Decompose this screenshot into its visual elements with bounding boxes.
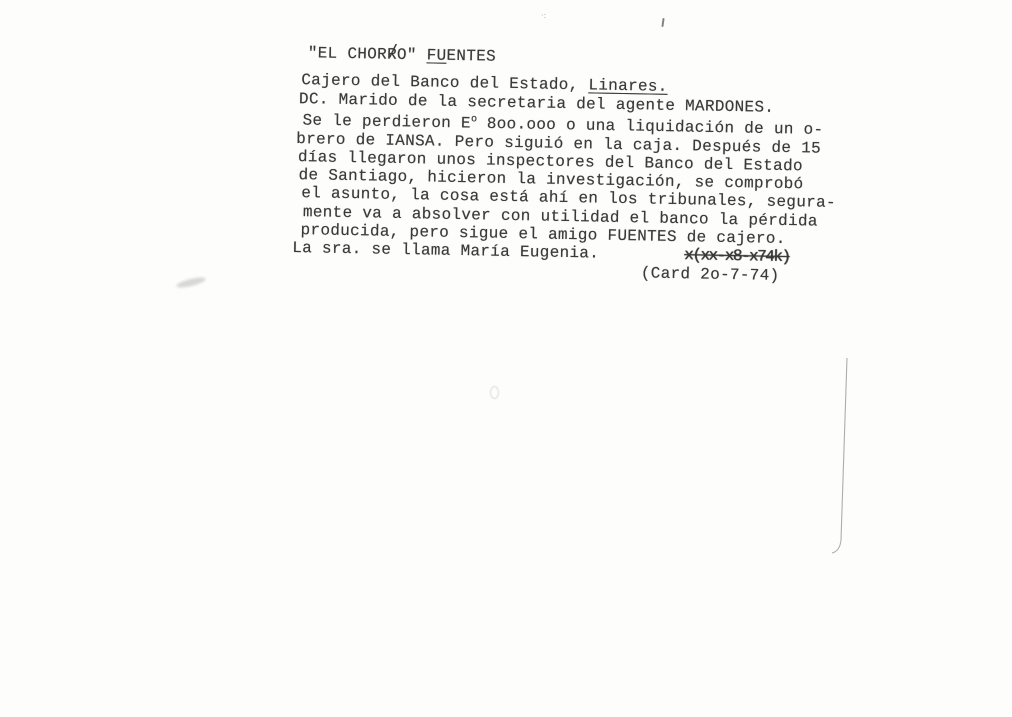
pencil-smudge [176, 275, 207, 289]
card-reference-date: (Card 2o-7-74) [641, 264, 780, 285]
crossed-out-note: x(xx-x8-x74k) [684, 246, 790, 266]
title-prefix: "EL CHOR [308, 44, 388, 63]
scanned-index-card-page: "EL CHORR/O" FUENTES Cajero del Banco de… [0, 0, 1012, 717]
overstruck-character: R/ [387, 46, 397, 64]
scan-tick-mark [661, 18, 664, 27]
scan-speck [490, 386, 499, 399]
card-title: "EL CHORR/O" FUENTES [308, 44, 856, 72]
strike-slash-mark: / [388, 42, 398, 63]
title-suffix: O" [397, 46, 427, 65]
underlined-place-name: Linares. [588, 77, 668, 96]
subject-name-rest: ENTES [446, 47, 496, 66]
subject-name-underlined: FU [426, 46, 446, 64]
scan-speck: ·: [541, 13, 551, 18]
typewritten-text-block: "EL CHORR/O" FUENTES Cajero del Banco de… [292, 44, 856, 286]
